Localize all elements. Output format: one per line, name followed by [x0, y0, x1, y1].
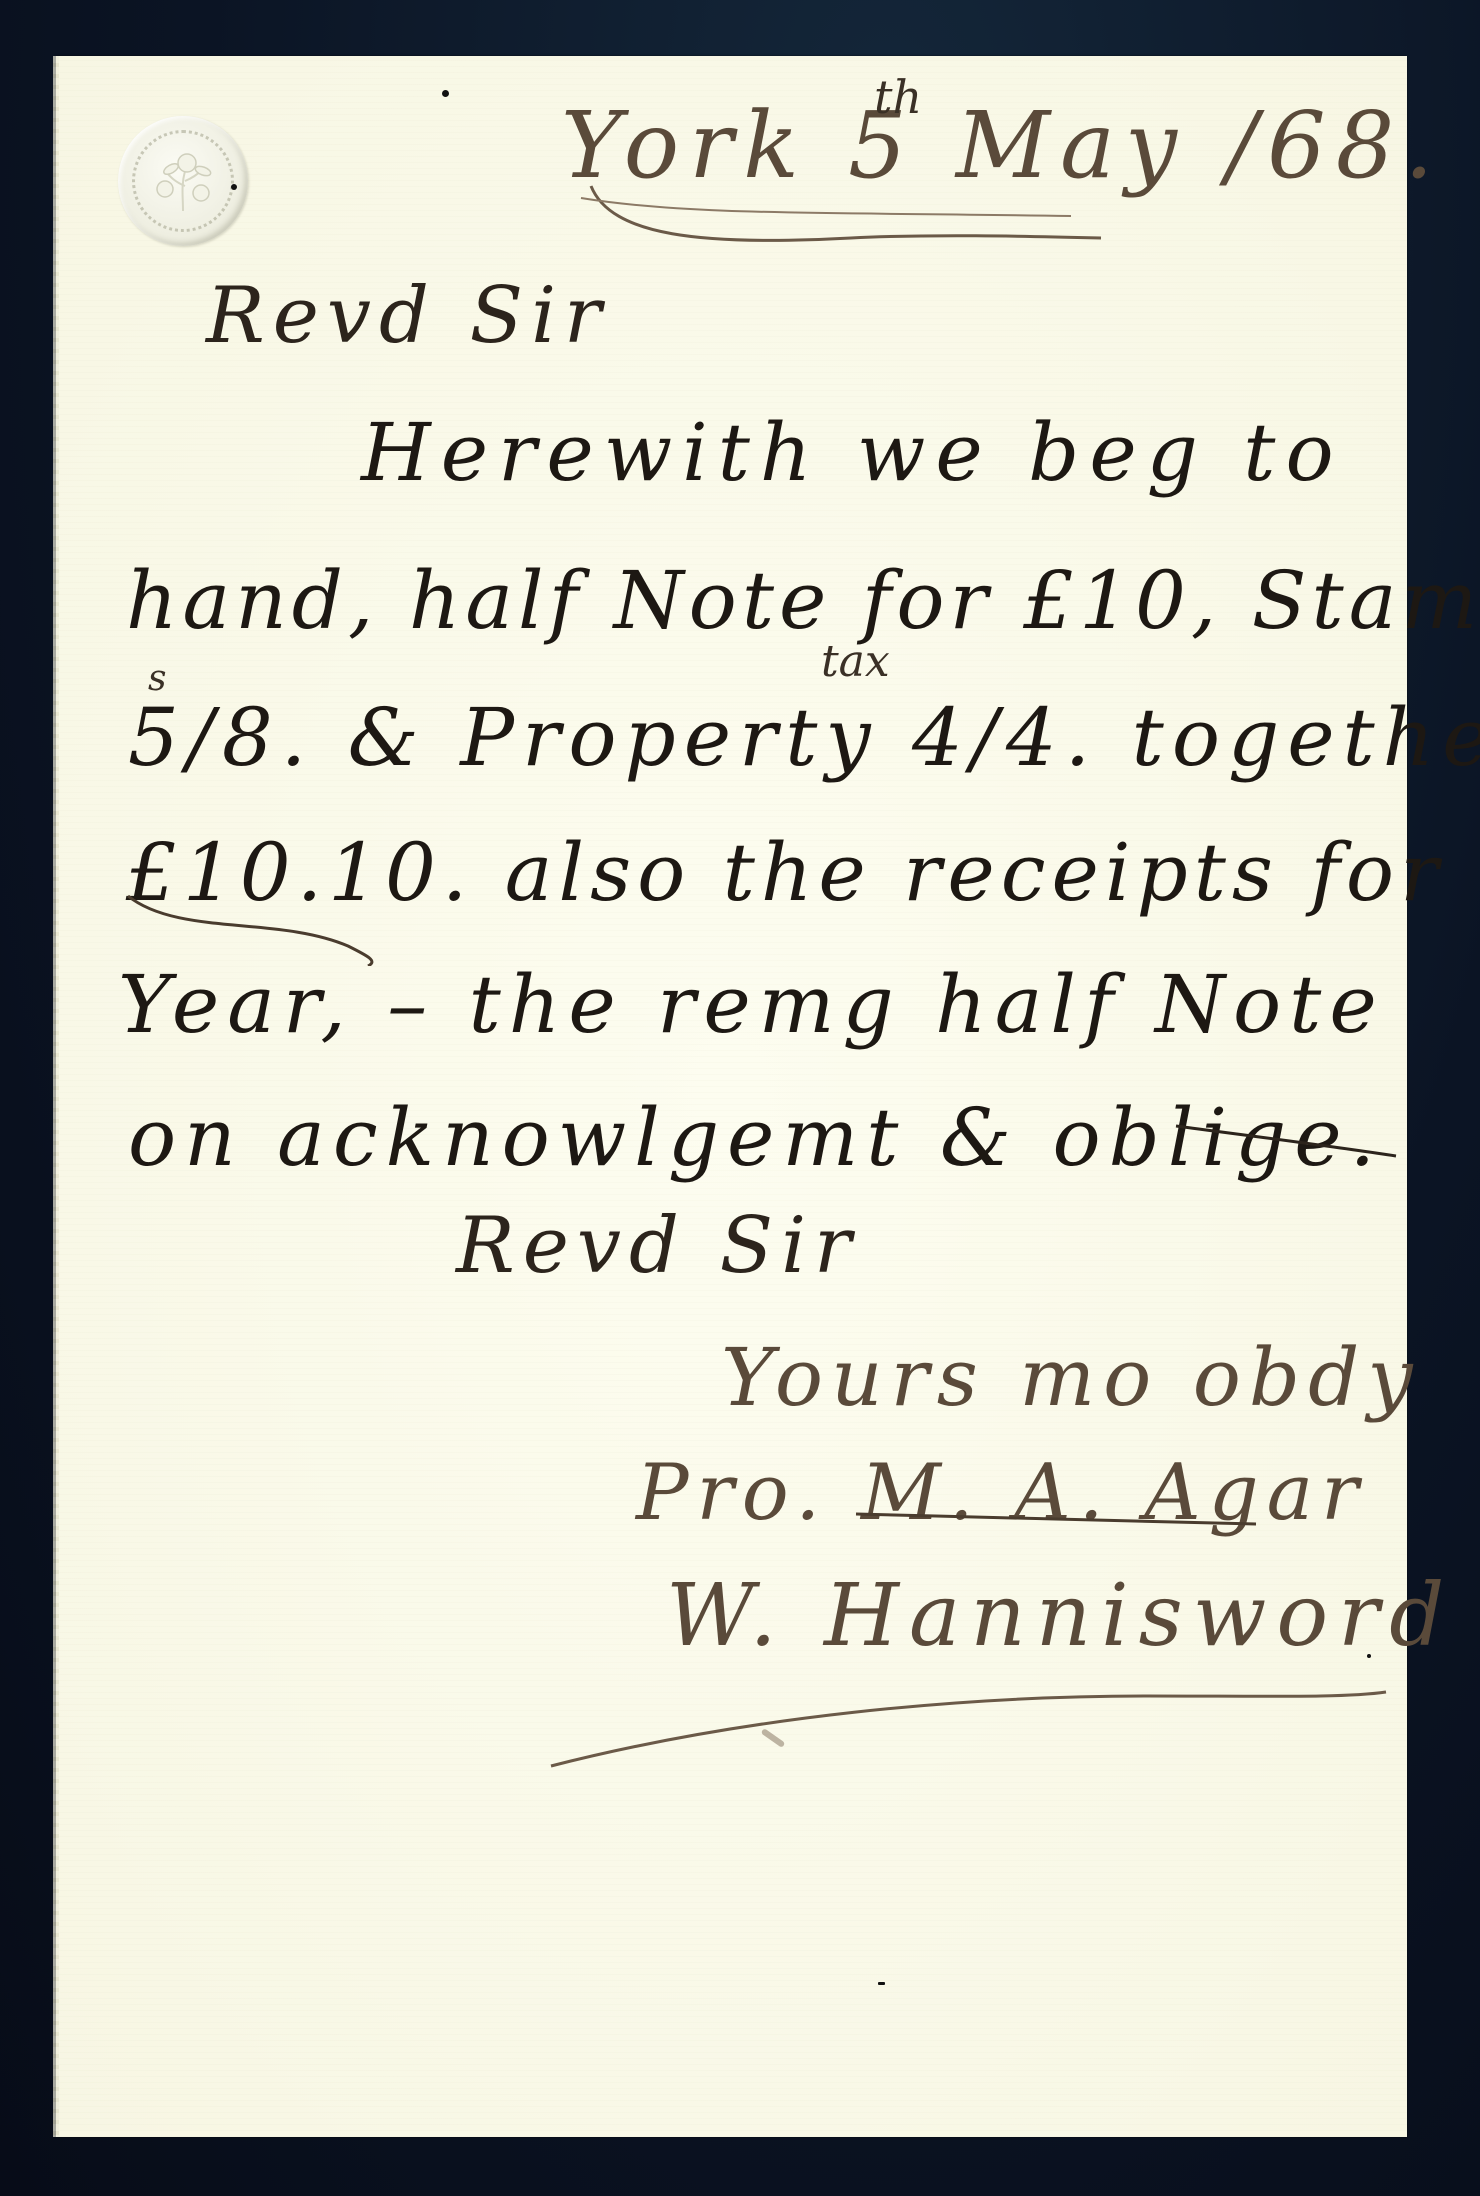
signature: W. Hannisword: [666, 1566, 1454, 1666]
interlinear-tax: tax: [821, 636, 890, 687]
letter-sheet: York 5 May /68. th Revd Sir Herewith we …: [56, 56, 1407, 2137]
embossed-floral-seal-icon: [118, 116, 248, 246]
body-line-5: Year, – the remg half Note: [118, 958, 1385, 1051]
closing-dash-flourish: [1171, 1116, 1401, 1166]
agar-underline: [846, 1506, 1266, 1536]
ink-speck: [442, 90, 449, 97]
body-line-2: hand, half Note for £10, Stamps: [126, 554, 1480, 647]
body-line-3: 5/8. & Property 4/4. together: [128, 691, 1480, 784]
flower-icon: [118, 116, 248, 246]
ink-speck: [878, 1982, 885, 1985]
date-year: /68.: [1226, 92, 1443, 199]
valediction: Yours mo obdy: [721, 1331, 1421, 1424]
ink-speck: [231, 184, 237, 190]
body-line-1: Herewith we beg to: [361, 406, 1344, 499]
date-day-suffix: th: [874, 70, 922, 124]
signature-underline-flourish: [546, 1656, 1396, 1776]
salutation: Revd Sir: [206, 271, 609, 361]
deckle-edge: [53, 56, 59, 2137]
closing-salutation: Revd Sir: [456, 1201, 859, 1291]
amount-flourish: [118, 876, 418, 966]
date-underline-flourish: [551, 176, 1111, 266]
